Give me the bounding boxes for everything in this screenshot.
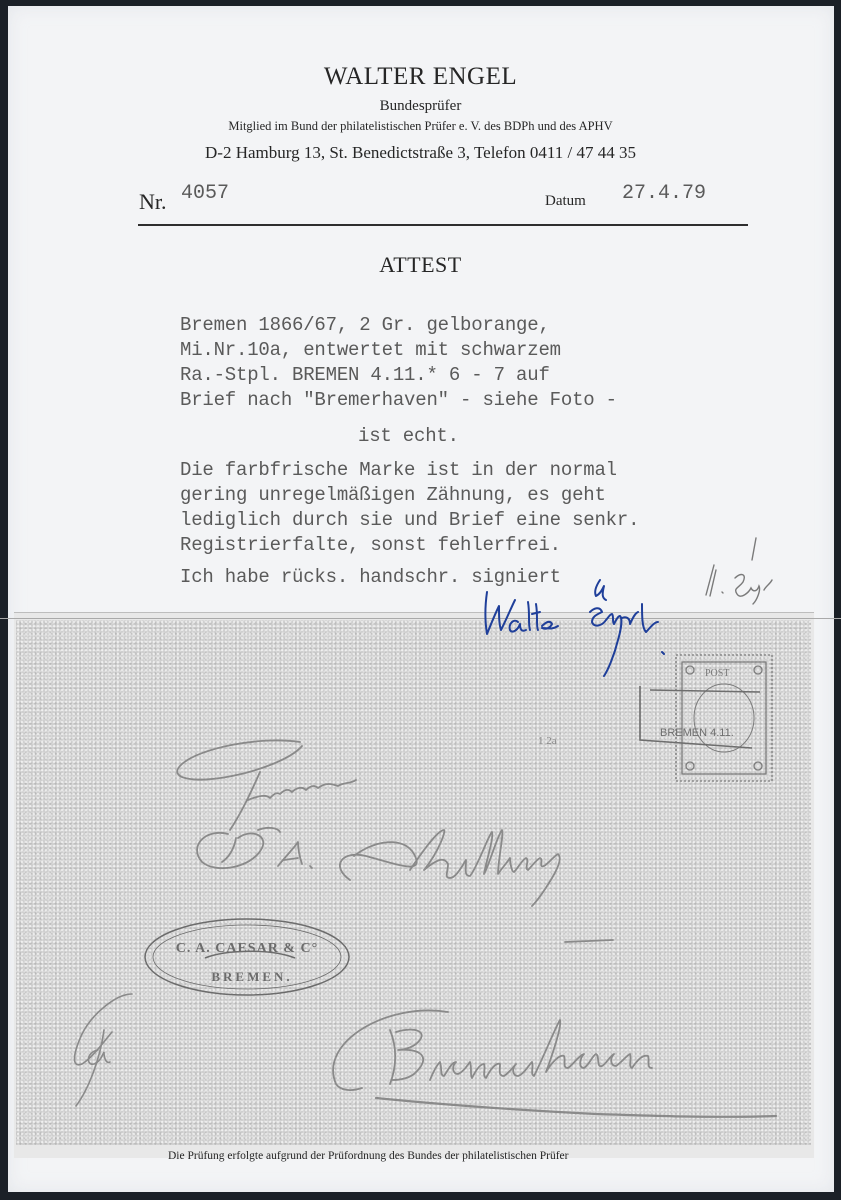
handwriting-destination bbox=[333, 1010, 776, 1116]
svg-text:POST: POST bbox=[705, 668, 729, 679]
sender-cachet: C. A. CAESAR & C° BREMEN. bbox=[145, 919, 349, 995]
pencil-note: 1 2a bbox=[538, 735, 557, 747]
postmark: BREMEN 4.11. bbox=[640, 686, 760, 748]
pencil-initial-signature bbox=[706, 538, 772, 604]
svg-text:BREMEN 4.11.: BREMEN 4.11. bbox=[660, 727, 734, 739]
letter-illustration: POST BREMEN 4.11. 1 2a C. A. CAESAR & C°… bbox=[0, 0, 841, 1200]
footer-note: Die Prüfung erfolgte aufgrund der Prüfor… bbox=[168, 1150, 808, 1162]
handwriting-corner-note bbox=[75, 994, 133, 1106]
blue-ink-signature bbox=[486, 580, 665, 676]
svg-text:BREMEN.: BREMEN. bbox=[211, 969, 292, 984]
svg-text:C. A. CAESAR & C°: C. A. CAESAR & C° bbox=[176, 941, 318, 956]
stamp: POST bbox=[676, 655, 772, 781]
handwriting-addressee bbox=[177, 740, 613, 942]
